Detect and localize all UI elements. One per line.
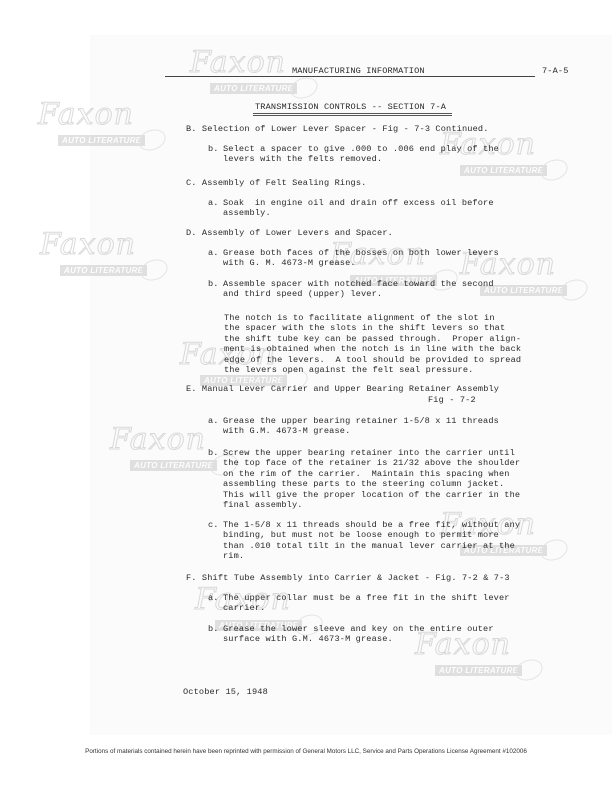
item-label: b. (208, 624, 219, 634)
item-text: Grease the upper bearing retainer 1-5/8 … (223, 416, 499, 426)
item-text: binding, but must not be loose enough to… (223, 530, 499, 540)
item-text: assembly. (223, 208, 271, 218)
item-text: levers with the felts removed. (223, 154, 382, 164)
item-text: final assembly. (223, 500, 303, 510)
item-text: The upper collar must be a free fit in t… (223, 593, 510, 603)
section-heading: C. Assembly of Felt Sealing Rings. (186, 178, 366, 188)
item-text: with G. M. 4673-M grease. (223, 258, 356, 268)
section-heading: B. Selection of Lower Lever Spacer - Fig… (186, 124, 489, 134)
item-label: b. (208, 448, 219, 458)
item-text: This will give the proper location of th… (223, 490, 520, 500)
section-heading: E. Manual Lever Carrier and Upper Bearin… (186, 384, 499, 394)
item-text: the top face of the retainer is 21/32 ab… (223, 458, 520, 468)
note-text: the shift tube key can be passed through… (224, 334, 521, 344)
document-date: October 15, 1948 (183, 687, 268, 697)
section-title-rule (253, 115, 452, 116)
item-label: a. (208, 248, 219, 258)
item-label: b. (208, 279, 219, 289)
item-label: a. (208, 593, 219, 603)
item-text: surface with G.M. 4673-M grease. (223, 634, 393, 644)
item-text: Screw the upper bearing retainer into th… (223, 448, 515, 458)
item-label: a. (208, 416, 219, 426)
item-text: Select a spacer to give .000 to .006 end… (223, 144, 499, 154)
item-text: on the rim of the carrier. Maintain this… (223, 469, 510, 479)
note-text: the spacer with the slots in the shift l… (224, 323, 505, 333)
item-label: b. (208, 144, 219, 154)
section-heading: D. Assembly of Lower Levers and Spacer. (186, 228, 393, 238)
item-text: and third speed (upper) lever. (223, 289, 382, 299)
item-text: assembling these parts to the steering c… (223, 479, 504, 489)
section-title: TRANSMISSION CONTROLS -- SECTION 7-A (255, 102, 446, 112)
item-text: carrier. (223, 603, 265, 613)
item-text: Soak in engine oil and drain off excess … (223, 198, 494, 208)
header-title: MANUFACTURING INFORMATION (292, 66, 425, 76)
note-text: ment is obtained when the notch is in li… (224, 344, 521, 354)
item-text: than .010 total tilt in the manual lever… (223, 541, 515, 551)
section-heading: F. Shift Tube Assembly into Carrier & Ja… (186, 573, 510, 583)
item-text: Assemble spacer with notched face toward… (223, 279, 494, 289)
section-title-rule (253, 113, 452, 114)
note-text: edge of the levers. A tool should be pro… (224, 355, 521, 365)
figure-reference: Fig - 7-2 (428, 395, 476, 405)
license-footer: Portions of materials contained herein h… (0, 748, 612, 755)
item-text: with G.M. 4673-M grease. (223, 426, 350, 436)
item-text: Grease the lower sleeve and key on the e… (223, 624, 494, 634)
item-text: The 1-5/8 x 11 threads should be a free … (223, 520, 520, 530)
header-rule (165, 76, 535, 77)
note-text: The notch is to facilitate alignment of … (224, 313, 495, 323)
item-text: rim. (223, 551, 244, 561)
page-number: 7-A-5 (542, 66, 569, 76)
item-text: Grease both faces of the bosses on both … (223, 248, 499, 258)
item-label: a. (208, 198, 219, 208)
item-label: c. (208, 520, 219, 530)
note-text: the levers open against the felt seal pr… (224, 365, 473, 375)
